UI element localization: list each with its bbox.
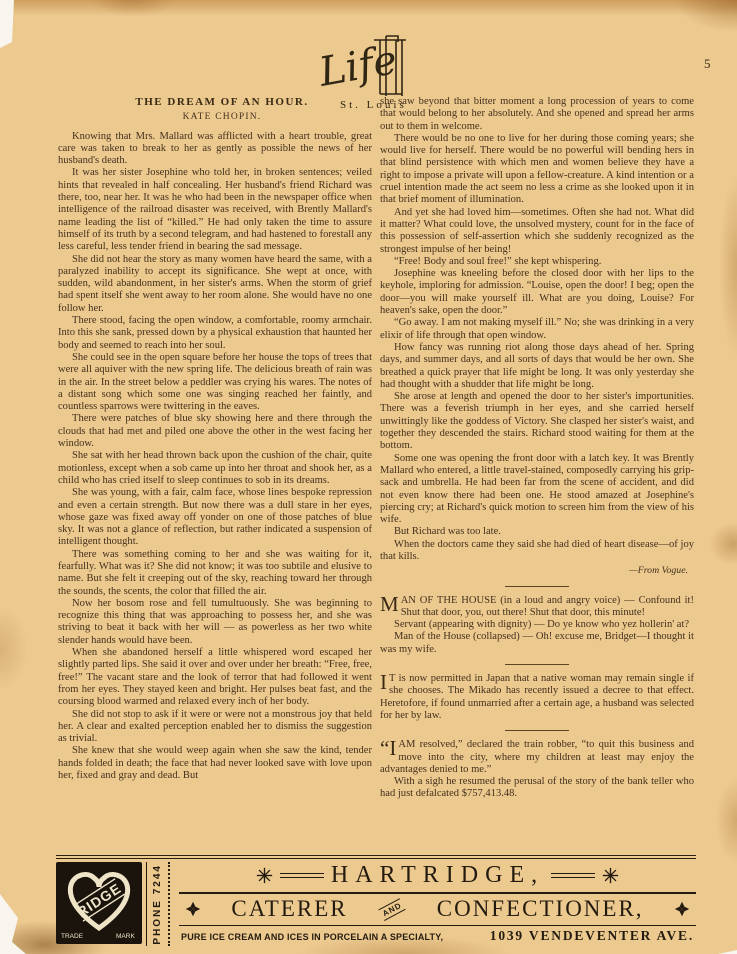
story-paragraph: There would be no one to live for her du…	[380, 133, 694, 207]
section-divider	[505, 730, 569, 731]
story-paragraph: She arose at length and opened the door …	[380, 391, 694, 452]
star-ornament-icon	[602, 867, 619, 884]
story-paragraph: Some one was opening the front door with…	[380, 453, 694, 527]
story-paragraph: There were patches of blue sky showing h…	[58, 413, 372, 450]
florette-ornament-icon	[185, 901, 201, 917]
story-paragraph: It was her sister Josephine who told her…	[58, 167, 372, 253]
filler-text: AN OF THE HOUSE (in a loud and angry voi…	[401, 595, 694, 618]
story-title: THE DREAM OF AN HOUR.	[58, 96, 372, 108]
story-paragraph: Josephine was kneeling before the closed…	[380, 268, 694, 317]
section-divider	[505, 664, 569, 665]
story-paragraph: When she abandoned herself a little whis…	[58, 647, 372, 708]
ad-and-mark: AND	[378, 898, 406, 921]
advertisement-hartridge: RIDGE TRADE MARK PHONE 7244 HARTRIDGE,	[56, 855, 696, 946]
double-line-ornament	[280, 873, 324, 878]
drop-cap: “I	[380, 739, 398, 758]
florette-ornament-icon	[674, 901, 690, 917]
trademark-left-text: TRADE	[61, 933, 84, 940]
story-paragraph: There stood, facing the open window, a c…	[58, 315, 372, 352]
story-paragraph: How fancy was running riot along those d…	[380, 342, 694, 391]
story-paragraph: She did not hear the story as many women…	[58, 254, 372, 315]
story-paragraph: “Free! Body and soul free!” she kept whi…	[380, 256, 694, 268]
story-paragraph: She did not stop to ask if it were or we…	[58, 709, 372, 746]
filler-paragraph: “I AM resolved,” declared the train robb…	[380, 739, 694, 776]
right-column: she saw beyond that bitter moment a long…	[380, 96, 694, 856]
trademark-right-text: MARK	[116, 933, 135, 940]
story-paragraph: She was young, with a fair, calm face, w…	[58, 487, 372, 548]
page-number: 5	[704, 56, 711, 72]
story-byline: KATE CHOPIN.	[58, 111, 372, 123]
story-paragraph: But Richard was too late.	[380, 526, 694, 538]
filler-text: AM resolved,” declared the train robber,…	[380, 739, 694, 775]
story-paragraph: She could see in the open square before …	[58, 352, 372, 413]
filler-item: IT is now permitted in Japan that a nati…	[380, 673, 694, 722]
filler-paragraph: Servant (appearing with dignity) — Do ye…	[380, 619, 694, 631]
filler-paragraph: Man of the House (collapsed) — Oh! excus…	[380, 631, 694, 656]
masthead-script-text: Life	[318, 37, 400, 96]
drop-cap: I	[380, 673, 389, 692]
story-paragraph: When the doctors came they said she had …	[380, 539, 694, 564]
story-paragraph: There was something coming to her and sh…	[58, 549, 372, 598]
filler-item: “I AM resolved,” declared the train robb…	[380, 739, 694, 800]
phone-number: PHONE 7244	[152, 864, 163, 945]
story-paragraph: And yet she had loved him—sometimes. Oft…	[380, 207, 694, 256]
story-paragraph: She knew that she would weep again when …	[58, 745, 372, 782]
filler-item: MAN OF THE HOUSE (in a loud and angry vo…	[380, 595, 694, 656]
ad-address: 1039 VENDEVENTER AVE.	[490, 928, 694, 944]
ad-confectioner-text: CONFECTIONER,	[437, 896, 644, 922]
drop-cap: M	[380, 595, 401, 614]
story-paragraph: she saw beyond that bitter moment a long…	[380, 96, 694, 133]
magazine-page: Life St. Louis 5 THE DREAM OF AN HOUR. K…	[0, 0, 737, 954]
ad-rule	[179, 925, 696, 926]
ad-business-name: HARTRIDGE,	[331, 862, 544, 889]
ad-top-double-rule	[56, 855, 696, 859]
double-line-ornament	[551, 873, 595, 878]
ridge-trademark-logo: RIDGE TRADE MARK	[56, 862, 142, 946]
star-ornament-icon	[256, 867, 273, 884]
ad-rule	[179, 892, 696, 894]
filler-paragraph: IT is now permitted in Japan that a nati…	[380, 673, 694, 722]
left-column: THE DREAM OF AN HOUR. KATE CHOPIN. Knowi…	[58, 96, 372, 850]
story-paragraph: Now her bosom rose and fell tumultuously…	[58, 598, 372, 647]
section-divider	[505, 586, 569, 587]
ad-caterer-text: CATERER	[231, 896, 347, 922]
phone-strip: PHONE 7244	[146, 862, 170, 946]
ad-main: HARTRIDGE, CATERER AND CONFECTIONER,	[175, 862, 696, 946]
story-paragraph: Knowing that Mrs. Mallard was afflicted …	[58, 131, 372, 168]
story-paragraph: “Go away. I am not making myself ill.” N…	[380, 317, 694, 342]
filler-paragraph: MAN OF THE HOUSE (in a loud and angry vo…	[380, 595, 694, 620]
story-paragraph: She sat with her head thrown back upon t…	[58, 450, 372, 487]
filler-text: T is now permitted in Japan that a nativ…	[380, 673, 694, 721]
ad-tagline: PURE ICE CREAM AND ICES IN PORCELAIN A S…	[181, 932, 443, 942]
filler-paragraph: With a sigh he resumed the perusal of th…	[380, 776, 694, 801]
story-attribution: —From Vogue.	[380, 565, 694, 577]
